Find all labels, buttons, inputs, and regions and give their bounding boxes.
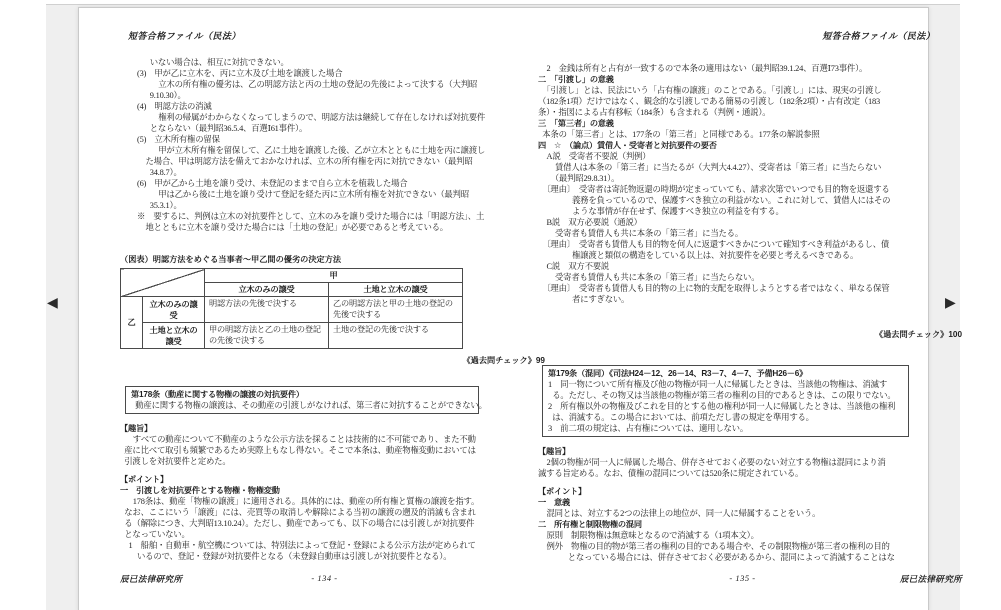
text-line: 混同とは、対立する2つの法律上の地位が、同一人に帰属することをいう。 — [538, 508, 962, 519]
text-line: 〔理由〕 受寄者は寄託物返還の時期が定まっていても、請求次第でいつでも目的物を返… — [538, 184, 962, 195]
text-line: 〔理由〕 受寄者も賃借人も目的物の上に物的支配を取得しようとする者ではなく、単な… — [538, 283, 962, 294]
text-line: は、消滅する。この場合においては、前項ただし書の規定を準用する。 — [548, 412, 903, 423]
text-line: いるので、登記・登録が対抗要件となる（未登録自動車は引渡しが対抗要件となる）。 — [120, 551, 545, 562]
text-line: (5) 立木所有権の留保 — [120, 134, 545, 145]
text-line: 三 「第三者」の意義 — [538, 118, 962, 129]
page-right: 短答合格ファイル（民法） 2 金銭は所有と占有が一致するので本条の適用はない（最… — [504, 8, 981, 610]
text-line: ような事情が存在せず、保護すべき独立の利益を有する。 — [538, 206, 962, 217]
text-line: 原則 制限物権は無意味となるので消滅する（1項本文）。 — [538, 530, 962, 541]
text-line: とならない（最判昭36.5.4、百選Ⅰ61事件）。 — [120, 123, 545, 134]
right-body-text: 2 金銭は所有と占有が一致するので本条の適用はない（最判昭39.1.24、百選Ⅰ… — [538, 63, 962, 305]
text-line: 〔理由〕 受寄者も賃借人も目的物を何人に返還すべきかについて確知すべき利益がある… — [538, 239, 962, 250]
text-line: (4) 明認方法の消滅 — [120, 101, 545, 112]
text-line: なお、ここにいう「譲渡」には、売買等の取消しや解除による当初の譲渡の遡及的消滅も… — [120, 507, 545, 518]
text-line: 2 金銭は所有と占有が一致するので本条の適用はない（最判昭39.1.24、百選Ⅰ… — [538, 63, 962, 74]
publisher-name: 辰已法律研究所 — [900, 573, 962, 585]
text-line: 立木の所有権の優劣は、乙の明認方法と丙の土地の登記の先後によって決する（大判昭 — [120, 79, 545, 90]
text-line: 条）・指図による占有移転（184条）も含まれる（判例・通説）。 — [538, 107, 962, 118]
table-col-header: 土地と立木の譲受 — [329, 283, 463, 297]
text-line: 受寄者も賃借人も共に本条の「第三者」に当たる。 — [538, 228, 962, 239]
page-footer: - 135 - 辰已法律研究所 — [504, 573, 981, 585]
previous-page-arrow-icon[interactable]: ◀ — [47, 296, 58, 310]
figure-caption: （図表）明認方法をめぐる当事者～甲乙間の優劣の決定方法 — [120, 254, 545, 265]
text-line: 甲が立木所有権を留保して、乙に土地を譲渡した後、乙が立木とともに土地を丙に譲渡し — [120, 145, 545, 156]
text-line: 産に比べて取引も頻繁であるため実際上もなし得ない。そこで本条は、動産物権変動にお… — [120, 445, 545, 456]
text-line: 1 同一物について所有権及び他の物権が同一人に帰属したときは、当該他の物権は、消… — [548, 379, 903, 390]
past-exam-check-label: 《過去問チェック》100 — [538, 329, 962, 340]
text-line: 四 ☆ （論点）賃借人・受寄者と対抗要件の要否 — [538, 140, 962, 151]
article-body: 1 同一物について所有権及び他の物権が同一人に帰属したときは、当該他の物権は、消… — [548, 379, 903, 434]
article-title: 第179条（混同）《司法H24－12、26－14、R3－7、4－7、予備H26－… — [548, 368, 903, 379]
text-line: すべての動産について不動産のような公示方法を採ることは技術的に不可能であり、また… — [120, 434, 545, 445]
text-line: （182条1項）だけではなく、観念的な引渡しである簡易の引渡し（182条2項）・… — [538, 96, 962, 107]
table-row-group-header: 乙 — [121, 297, 143, 349]
table-corner-diagonal-cell — [121, 269, 205, 297]
table-cell: 明認方法の先後で決する — [205, 297, 329, 323]
text-line: となっていない。 — [120, 529, 545, 540]
past-exam-check-label: 《過去問チェック》99 — [120, 355, 545, 366]
text-line: 義務を負っているので、保護すべき独立の利益がない。これに対して、賃借人にはその — [538, 195, 962, 206]
text-line: 2個の物権が同一人に帰属した場合、併存させておく必要のない対立する物権は混同によ… — [538, 457, 962, 468]
text-line: ※ 要するに、判例は立木の対抗要件として、立木のみを譲り受けた場合には「明認方法… — [120, 211, 545, 222]
text-line: 【趣旨】 — [120, 423, 545, 434]
article-body: 動産に関する物権の譲渡は、その動産の引渡しがなければ、第三者に対抗することができ… — [131, 400, 473, 411]
table-cell: 土地の登記の先後で決する — [329, 323, 463, 349]
text-line: 【趣旨】 — [538, 446, 962, 457]
text-line: 権譲渡と類似の構造をしている以上は、対抗要件を必要と考えるべきである。 — [538, 250, 962, 261]
text-line: (3) 甲が乙に立木を、丙に立木及び土地を譲渡した場合 — [120, 68, 545, 79]
text-line: 受寄者も賃借人も共に本条の「第三者」に当たらない。 — [538, 272, 962, 283]
text-line: 地とともに立木を譲り受けた場合には「土地の登記」が必要であると考えている。 — [120, 222, 545, 233]
text-line: A説 受寄者不要説（判例） — [538, 151, 962, 162]
table-col-group-header: 甲 — [205, 269, 463, 283]
text-line: る。ただし、その物又は当該他の物権が第三者の権利の目的であるときは、この限りでな… — [548, 390, 903, 401]
text-line: 甲は乙から後に土地を譲り受けて登記を経た丙に立木所有権を対抗できない（最判昭 — [120, 189, 545, 200]
page-footer: 辰已法律研究所 - 134 - — [79, 573, 570, 585]
text-line: 一 意義 — [538, 497, 962, 508]
page-number: - 134 - — [79, 573, 570, 583]
text-line: (6) 甲が乙から土地を譲り受け、未登記のままで自ら立木を植栽した場合 — [120, 178, 545, 189]
article-178-box: 第178条（動産に関する物権の譲渡の対抗要件） 動産に関する物権の譲渡は、その動… — [125, 386, 479, 414]
table-row-header: 土地と立木の譲受 — [143, 323, 205, 349]
text-line: 35.3.1）。 — [120, 200, 545, 211]
text-line: B説 双方必要説（通説） — [538, 217, 962, 228]
text-line: （最判昭29.8.31）。 — [538, 173, 962, 184]
table-cell: 乙の明認方法と甲の土地の登記の先後で決する — [329, 297, 463, 323]
text-line: いない場合は、相互に対抗できない。 — [120, 57, 545, 68]
text-line: 178条は、動産「物権の譲渡」に適用される。具体的には、動産の所有権と質権の譲渡… — [120, 496, 545, 507]
text-line: 引渡しを対抗要件と定めた。 — [120, 456, 545, 467]
text-line: 二 「引渡し」の意義 — [538, 74, 962, 85]
page-spread: 短答合格ファイル（民法） いない場合は、相互に対抗できない。(3) 甲が乙に立木… — [78, 7, 929, 610]
text-line: 1 船舶・自動車・航空機については、特別法によって登記・登録による公示方法が定め… — [120, 540, 545, 551]
page-left: 短答合格ファイル（民法） いない場合は、相互に対抗できない。(3) 甲が乙に立木… — [79, 8, 570, 610]
text-line: 一 引渡しを対抗要件とする物権・物権変動 — [120, 485, 545, 496]
text-line: 34.8.7）。 — [120, 167, 545, 178]
text-line: 3 前二項の規定は、占有権については、適用しない。 — [548, 423, 903, 434]
left-commentary-text: 【趣旨】すべての動産について不動産のような公示方法を採ることは技術的に不可能であ… — [120, 423, 545, 562]
text-line: 二 所有権と制限物権の混同 — [538, 519, 962, 530]
text-line: 者にすぎない。 — [538, 294, 962, 305]
text-line: 滅する旨定める。なお、債権の混同については520条に規定されている。 — [538, 468, 962, 479]
text-line: 賃借人は本条の「第三者」に当たるが（大判大4.4.27）、受寄者は「第三者」に当… — [538, 162, 962, 173]
text-line: 9.10.30）。 — [120, 90, 545, 101]
text-line: 【ポイント】 — [538, 486, 962, 497]
running-header: 短答合格ファイル（民法） — [538, 31, 962, 41]
text-line: る（解除につき、大判昭13.10.24）。ただし、動産であっても、以下の場合には… — [120, 518, 545, 529]
table-row-header: 立木のみの譲受 — [143, 297, 205, 323]
left-body-text: いない場合は、相互に対抗できない。(3) 甲が乙に立木を、丙に立木及び土地を譲渡… — [120, 57, 545, 233]
text-line: 権利の帰属がわからなくなってしまうので、明認方法は継続して存在しなければ対抗要件 — [120, 112, 545, 123]
text-line: 本条の「第三者」とは、177条の「第三者」と同様である。177条の解説参照 — [538, 129, 962, 140]
text-line: た場合、甲は明認方法を備えておかなければ、立木の所有権を丙に対抗できない（最判昭 — [120, 156, 545, 167]
text-line: 例外 物権の目的物が第三者の権利の目的である場合や、その制限物権が第三者の権利の… — [538, 541, 962, 552]
table-cell: 甲の明認方法と乙の土地の登記の先後で決する — [205, 323, 329, 349]
text-line: C説 双方不要説 — [538, 261, 962, 272]
text-line: 「引渡し」とは、民法にいう「占有権の譲渡」のことである。「引渡し」には、現実の引… — [538, 85, 962, 96]
right-commentary-text: 【趣旨】2個の物権が同一人に帰属した場合、併存させておく必要のない対立する物権は… — [538, 446, 962, 563]
text-line: 2 所有権以外の物権及びこれを目的とする他の権利が同一人に帰属したときは、当該他… — [548, 401, 903, 412]
text-line: となっている場合には、併存させておく必要があるから、混同によって消滅することはな — [538, 552, 962, 563]
document-viewer: { "viewer": { "prev_icon": "◀", "next_ic… — [0, 0, 1001, 610]
article-179-box: 第179条（混同）《司法H24－12、26－14、R3－7、4－7、予備H26－… — [542, 365, 909, 437]
text-line: 動産に関する物権の譲渡は、その動産の引渡しがなければ、第三者に対抗することができ… — [131, 400, 473, 411]
figure-table: 甲 立木のみの譲受 土地と立木の譲受 乙 立木のみの譲受 明認方法の先後で決する… — [120, 268, 463, 349]
text-line: 【ポイント】 — [120, 474, 545, 485]
running-header: 短答合格ファイル（民法） — [128, 31, 545, 41]
table-col-header: 立木のみの譲受 — [205, 283, 329, 297]
article-title: 第178条（動産に関する物権の譲渡の対抗要件） — [131, 389, 473, 400]
